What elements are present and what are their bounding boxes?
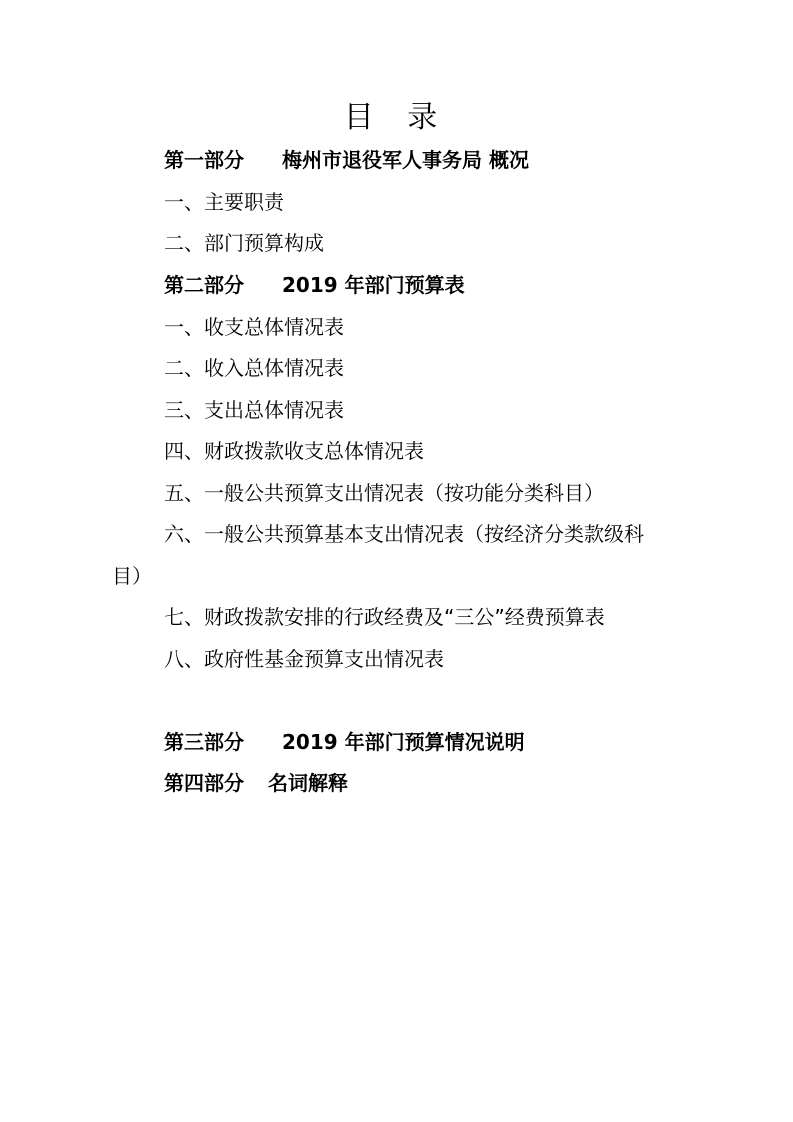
toc-item-table-8: 八、政府性基金预算支出情况表 [164, 645, 444, 673]
toc-item-table-6-continuation: 目） [112, 562, 152, 590]
toc-item-main-duties: 一、主要职责 [164, 188, 284, 216]
toc-part-3: 第三部分2019 年部门预算情况说明 [164, 728, 525, 756]
toc-item-table-6: 六、一般公共预算基本支出情况表（按经济分类款级科 [164, 520, 644, 548]
toc-item-table-7: 七、财政拨款安排的行政经费及“三公”经费预算表 [164, 603, 605, 631]
part-label: 第三部分 [164, 730, 244, 754]
part-title: 2019 年部门预算情况说明 [282, 730, 525, 754]
toc-item-budget-composition: 二、部门预算构成 [164, 229, 324, 257]
toc-item-table-4: 四、财政拨款收支总体情况表 [164, 437, 424, 465]
part-label: 第一部分 [164, 148, 244, 172]
toc-item-table-1: 一、收支总体情况表 [164, 313, 344, 341]
toc-title: 目 录 [0, 98, 793, 138]
part-title: 梅州市退役军人事务局 概况 [282, 148, 529, 172]
toc-part-4: 第四部分名词解释 [164, 769, 348, 797]
part-title: 2019 年部门预算表 [282, 273, 465, 297]
toc-part-1: 第一部分梅州市退役军人事务局 概况 [164, 146, 529, 174]
toc-part-2: 第二部分2019 年部门预算表 [164, 271, 465, 299]
toc-item-table-3: 三、支出总体情况表 [164, 396, 344, 424]
toc-item-table-5: 五、一般公共预算支出情况表（按功能分类科目） [164, 479, 604, 507]
part-label: 第四部分 [164, 771, 244, 795]
document-page: 目 录 第一部分梅州市退役军人事务局 概况 一、主要职责 二、部门预算构成 第二… [0, 0, 793, 1122]
part-label: 第二部分 [164, 273, 244, 297]
toc-item-table-2: 二、收入总体情况表 [164, 354, 344, 382]
part-title: 名词解释 [268, 771, 348, 795]
